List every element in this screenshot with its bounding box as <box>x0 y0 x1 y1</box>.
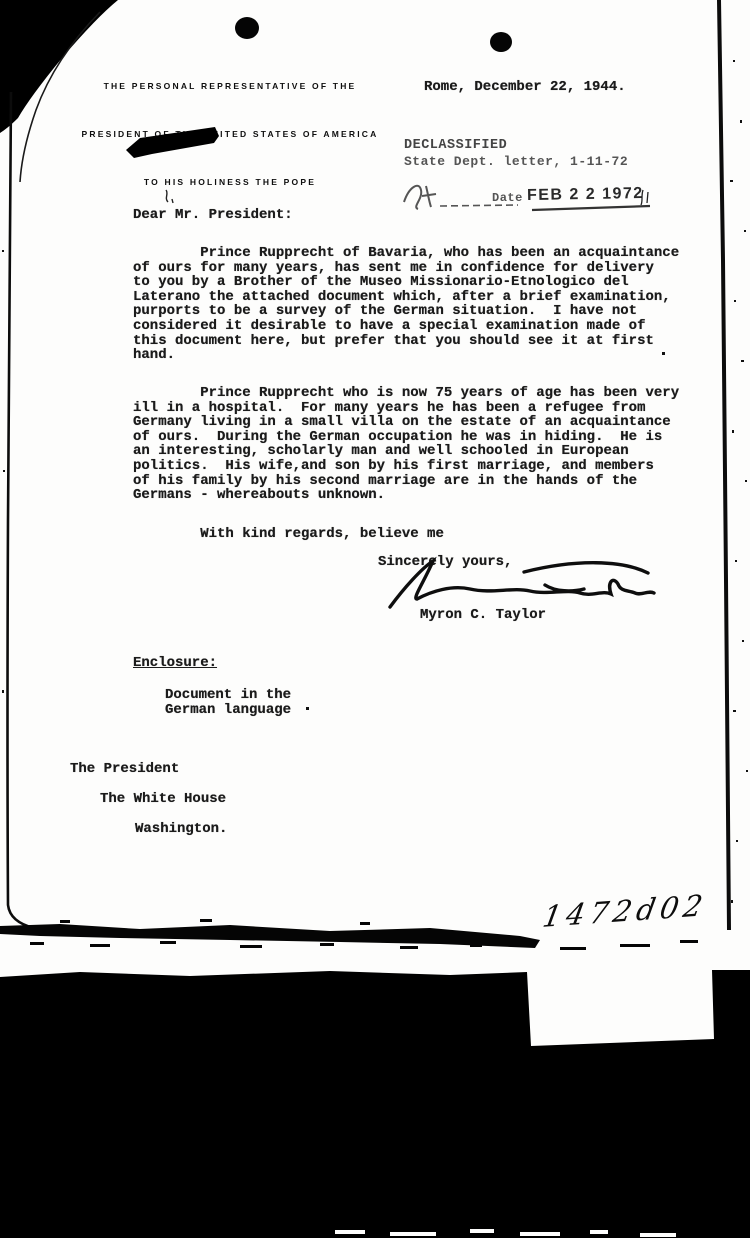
complimentary-close: Sincerely yours, <box>378 555 512 570</box>
body-paragraph-2: Prince Rupprecht who is now 75 years of … <box>133 386 679 503</box>
stamp-by-line <box>440 205 518 206</box>
address-building: The White House <box>100 792 226 807</box>
punch-hole-icon <box>490 32 512 52</box>
stamp-date-underline <box>532 206 650 210</box>
declassified-stamp-authority: State Dept. letter, 1-11-72 <box>404 154 628 169</box>
dateline: Rome, December 22, 1944. <box>424 80 626 95</box>
handwritten-archive-number: 1472d02 <box>540 888 710 934</box>
declassified-stamp-title: DECLASSIFIED <box>404 138 507 153</box>
letterhead-line3: TO HIS HOLINESS THE POPE <box>50 174 410 190</box>
closing-line: With kind regards, believe me <box>133 527 444 542</box>
stray-dot <box>306 707 309 710</box>
declassified-stamp-date-value: FEB 2 2 1972 <box>527 185 644 205</box>
enclosure-description: Document in the German language <box>165 688 291 717</box>
address-city: Washington. <box>135 822 227 837</box>
bottom-speckles <box>335 1229 676 1237</box>
punch-hole-icon <box>235 17 259 39</box>
scanner-background <box>0 970 750 1238</box>
letterhead-line2: PRESIDENT OF THE UNITED STATES OF AMERIC… <box>50 126 410 142</box>
scanned-letter-page: THE PERSONAL REPRESENTATIVE OF THE PRESI… <box>0 0 750 1238</box>
letterhead: THE PERSONAL REPRESENTATIVE OF THE PRESI… <box>50 46 410 222</box>
signature-name: Myron C. Taylor <box>420 608 546 623</box>
address-recipient: The President <box>70 762 179 777</box>
declassified-stamp-date-label: Date <box>492 191 523 205</box>
enclosure-label: Enclosure: <box>133 656 217 671</box>
body-paragraph-1: Prince Rupprecht of Bavaria, who has bee… <box>133 246 679 363</box>
right-page-edge <box>719 0 729 930</box>
letterhead-line1: THE PERSONAL REPRESENTATIVE OF THE <box>50 78 410 94</box>
salutation: Dear Mr. President: <box>133 208 293 223</box>
